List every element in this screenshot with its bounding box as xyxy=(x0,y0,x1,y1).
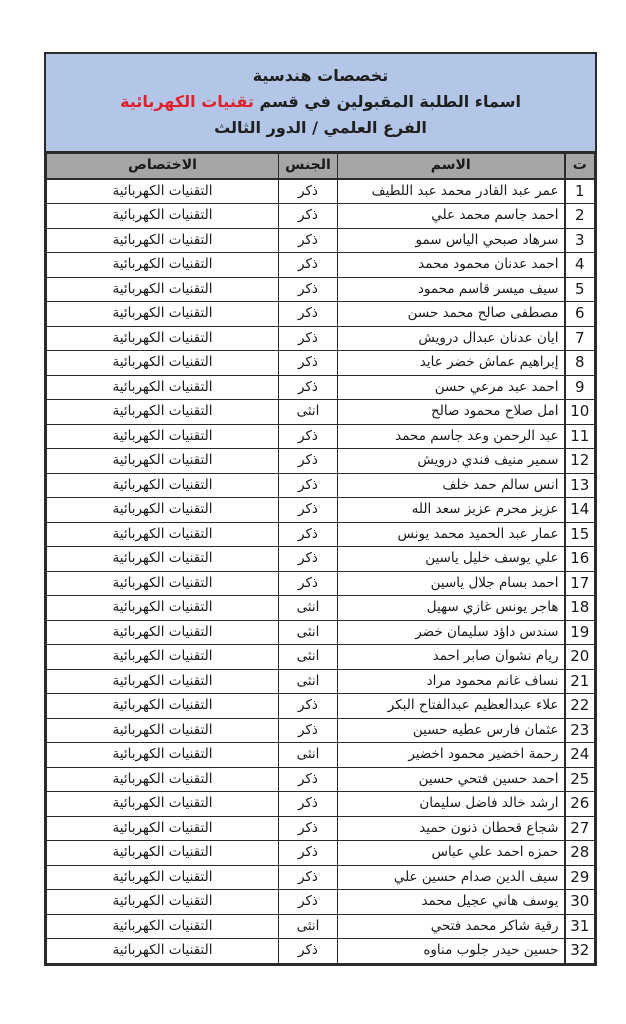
table-row: 28حمزه احمد علي عباسذكرالتقنيات الكهربائ… xyxy=(47,841,595,866)
student-gender: انثى xyxy=(279,645,338,670)
student-name: احمد حسين فتحي حسين xyxy=(338,767,565,792)
student-name: يوسف هاني عجيل محمد xyxy=(338,890,565,915)
row-number: 17 xyxy=(565,571,595,596)
student-specialization: التقنيات الكهربائية xyxy=(47,767,279,792)
student-gender: ذكر xyxy=(279,571,338,596)
student-gender: ذكر xyxy=(279,326,338,351)
row-number: 22 xyxy=(565,694,595,719)
table-row: 19سندس داؤد سليمان خضرانثىالتقنيات الكهر… xyxy=(47,620,595,645)
student-specialization: التقنيات الكهربائية xyxy=(47,204,279,229)
table-row: 11عبد الرحمن وعد جاسم محمدذكرالتقنيات ال… xyxy=(47,424,595,449)
student-gender: ذكر xyxy=(279,449,338,474)
student-gender: ذكر xyxy=(279,351,338,376)
student-gender: ذكر xyxy=(279,841,338,866)
column-header-number: ت xyxy=(565,154,595,179)
row-number: 14 xyxy=(565,498,595,523)
student-gender: ذكر xyxy=(279,767,338,792)
column-header-name: الاسم xyxy=(338,154,565,179)
student-name: علاء عبدالعظيم عبدالفتاح البكر xyxy=(338,694,565,719)
student-specialization: التقنيات الكهربائية xyxy=(47,694,279,719)
student-name: احمد جاسم محمد علي xyxy=(338,204,565,229)
student-name: هاجر يونس غازي سهيل xyxy=(338,596,565,621)
table-row: 20ريام نشوان صابر احمدانثىالتقنيات الكهر… xyxy=(47,645,595,670)
table-row: 6مصطفى صالح محمد حسنذكرالتقنيات الكهربائ… xyxy=(47,302,595,327)
row-number: 6 xyxy=(565,302,595,327)
student-name: ارشد خالد فاضل سليمان xyxy=(338,792,565,817)
student-name: ريام نشوان صابر احمد xyxy=(338,645,565,670)
student-name: رقية شاكر محمد فتحي xyxy=(338,914,565,939)
student-specialization: التقنيات الكهربائية xyxy=(47,792,279,817)
row-number: 18 xyxy=(565,596,595,621)
student-specialization: التقنيات الكهربائية xyxy=(47,620,279,645)
student-specialization: التقنيات الكهربائية xyxy=(47,228,279,253)
student-gender: ذكر xyxy=(279,865,338,890)
student-name: سيف ميسر قاسم محمود xyxy=(338,277,565,302)
row-number: 25 xyxy=(565,767,595,792)
student-name: عمار عبد الحميد محمد يونس xyxy=(338,522,565,547)
row-number: 8 xyxy=(565,351,595,376)
title-line-2: اسماء الطلبة المقبولين في قسم تقنيات الك… xyxy=(46,89,595,115)
student-name: سيف الدين صدام حسين علي xyxy=(338,865,565,890)
table-row: 5سيف ميسر قاسم محمودذكرالتقنيات الكهربائ… xyxy=(47,277,595,302)
table-row: 2احمد جاسم محمد عليذكرالتقنيات الكهربائي… xyxy=(47,204,595,229)
table-row: 30يوسف هاني عجيل محمدذكرالتقنيات الكهربا… xyxy=(47,890,595,915)
student-name: حسين حيدر جلوب مناوه xyxy=(338,939,565,964)
student-specialization: التقنيات الكهربائية xyxy=(47,400,279,425)
student-specialization: التقنيات الكهربائية xyxy=(47,351,279,376)
row-number: 12 xyxy=(565,449,595,474)
row-number: 31 xyxy=(565,914,595,939)
table-row: 32حسين حيدر جلوب مناوهذكرالتقنيات الكهرب… xyxy=(47,939,595,964)
student-name: مصطفى صالح محمد حسن xyxy=(338,302,565,327)
row-number: 19 xyxy=(565,620,595,645)
row-number: 27 xyxy=(565,816,595,841)
student-specialization: التقنيات الكهربائية xyxy=(47,939,279,964)
row-number: 3 xyxy=(565,228,595,253)
student-specialization: التقنيات الكهربائية xyxy=(47,718,279,743)
student-name: احمد عدنان محمود محمد xyxy=(338,253,565,278)
table-row: 27شجاع قحطان ذنون حميدذكرالتقنيات الكهرب… xyxy=(47,816,595,841)
table-row: 18هاجر يونس غازي سهيلانثىالتقنيات الكهرب… xyxy=(47,596,595,621)
student-specialization: التقنيات الكهربائية xyxy=(47,473,279,498)
row-number: 20 xyxy=(565,645,595,670)
student-gender: ذكر xyxy=(279,547,338,572)
student-name: علي يوسف خليل ياسين xyxy=(338,547,565,572)
student-gender: ذكر xyxy=(279,718,338,743)
student-specialization: التقنيات الكهربائية xyxy=(47,424,279,449)
student-specialization: التقنيات الكهربائية xyxy=(47,571,279,596)
row-number: 2 xyxy=(565,204,595,229)
student-specialization: التقنيات الكهربائية xyxy=(47,890,279,915)
student-gender: ذكر xyxy=(279,277,338,302)
student-gender: ذكر xyxy=(279,890,338,915)
row-number: 5 xyxy=(565,277,595,302)
row-number: 11 xyxy=(565,424,595,449)
table-row: 17احمد بسام جلال ياسينذكرالتقنيات الكهرب… xyxy=(47,571,595,596)
student-specialization: التقنيات الكهربائية xyxy=(47,841,279,866)
admission-list-sheet: تخصصات هندسية اسماء الطلبة المقبولين في … xyxy=(44,52,597,966)
table-row: 16علي يوسف خليل ياسينذكرالتقنيات الكهربا… xyxy=(47,547,595,572)
table-header-row: ت الاسم الجنس الاختصاص xyxy=(47,154,595,179)
student-name: احمد بسام جلال ياسين xyxy=(338,571,565,596)
student-gender: انثى xyxy=(279,596,338,621)
table-row: 3سرهاد صبحي الياس سموذكرالتقنيات الكهربا… xyxy=(47,228,595,253)
table-row: 14عزيز محرم عزيز سعد اللهذكرالتقنيات الك… xyxy=(47,498,595,523)
student-name: عمر عبد القادر محمد عبد اللطيف xyxy=(338,179,565,204)
student-specialization: التقنيات الكهربائية xyxy=(47,816,279,841)
student-gender: ذكر xyxy=(279,522,338,547)
table-row: 31رقية شاكر محمد فتحيانثىالتقنيات الكهرب… xyxy=(47,914,595,939)
row-number: 26 xyxy=(565,792,595,817)
student-name: شجاع قحطان ذنون حميد xyxy=(338,816,565,841)
student-gender: انثى xyxy=(279,914,338,939)
row-number: 24 xyxy=(565,743,595,768)
student-gender: ذكر xyxy=(279,228,338,253)
student-gender: ذكر xyxy=(279,424,338,449)
student-specialization: التقنيات الكهربائية xyxy=(47,277,279,302)
student-name: حمزه احمد علي عباس xyxy=(338,841,565,866)
title-line-2-prefix: اسماء الطلبة المقبولين في قسم xyxy=(254,92,521,111)
student-gender: ذكر xyxy=(279,204,338,229)
student-gender: انثى xyxy=(279,620,338,645)
student-specialization: التقنيات الكهربائية xyxy=(47,645,279,670)
table-row: 25احمد حسين فتحي حسينذكرالتقنيات الكهربا… xyxy=(47,767,595,792)
table-row: 7ايان عدنان عبدال درويشذكرالتقنيات الكهر… xyxy=(47,326,595,351)
student-gender: ذكر xyxy=(279,498,338,523)
student-name: احمد عبد مرعي حسن xyxy=(338,375,565,400)
student-gender: ذكر xyxy=(279,473,338,498)
column-header-gender: الجنس xyxy=(279,154,338,179)
student-name: رحمة اخضير محمود اخضير xyxy=(338,743,565,768)
student-name: سندس داؤد سليمان خضر xyxy=(338,620,565,645)
row-number: 9 xyxy=(565,375,595,400)
row-number: 4 xyxy=(565,253,595,278)
student-name: عثمان فارس عطيه حسين xyxy=(338,718,565,743)
title-line-1: تخصصات هندسية xyxy=(46,63,595,89)
student-gender: انثى xyxy=(279,669,338,694)
row-number: 10 xyxy=(565,400,595,425)
row-number: 28 xyxy=(565,841,595,866)
student-gender: ذكر xyxy=(279,792,338,817)
title-line-3: الفرع العلمي / الدور الثالث xyxy=(46,115,595,141)
row-number: 29 xyxy=(565,865,595,890)
student-gender: ذكر xyxy=(279,939,338,964)
student-name: سرهاد صبحي الياس سمو xyxy=(338,228,565,253)
student-specialization: التقنيات الكهربائية xyxy=(47,865,279,890)
table-row: 22علاء عبدالعظيم عبدالفتاح البكرذكرالتقن… xyxy=(47,694,595,719)
row-number: 13 xyxy=(565,473,595,498)
column-header-specialization: الاختصاص xyxy=(47,154,279,179)
student-specialization: التقنيات الكهربائية xyxy=(47,547,279,572)
student-specialization: التقنيات الكهربائية xyxy=(47,596,279,621)
row-number: 30 xyxy=(565,890,595,915)
student-name: إبراهيم عماش خضر عايد xyxy=(338,351,565,376)
table-row: 29سيف الدين صدام حسين عليذكرالتقنيات الك… xyxy=(47,865,595,890)
student-gender: ذكر xyxy=(279,179,338,204)
student-gender: ذكر xyxy=(279,694,338,719)
student-specialization: التقنيات الكهربائية xyxy=(47,375,279,400)
student-name: سمير منيف فندي درويش xyxy=(338,449,565,474)
student-specialization: التقنيات الكهربائية xyxy=(47,743,279,768)
student-specialization: التقنيات الكهربائية xyxy=(47,669,279,694)
table-row: 10امل صلاح محمود صالحانثىالتقنيات الكهرب… xyxy=(47,400,595,425)
table-row: 12سمير منيف فندي درويشذكرالتقنيات الكهرب… xyxy=(47,449,595,474)
row-number: 21 xyxy=(565,669,595,694)
student-name: امل صلاح محمود صالح xyxy=(338,400,565,425)
student-gender: ذكر xyxy=(279,375,338,400)
row-number: 32 xyxy=(565,939,595,964)
student-gender: ذكر xyxy=(279,302,338,327)
row-number: 16 xyxy=(565,547,595,572)
student-specialization: التقنيات الكهربائية xyxy=(47,253,279,278)
row-number: 7 xyxy=(565,326,595,351)
student-specialization: التقنيات الكهربائية xyxy=(47,498,279,523)
student-specialization: التقنيات الكهربائية xyxy=(47,914,279,939)
student-gender: ذكر xyxy=(279,816,338,841)
table-row: 26ارشد خالد فاضل سليمانذكرالتقنيات الكهر… xyxy=(47,792,595,817)
table-row: 4احمد عدنان محمود محمدذكرالتقنيات الكهرب… xyxy=(47,253,595,278)
table-row: 9احمد عبد مرعي حسنذكرالتقنيات الكهربائية xyxy=(47,375,595,400)
department-highlight: تقنيات الكهربائية xyxy=(120,92,254,111)
student-specialization: التقنيات الكهربائية xyxy=(47,302,279,327)
table-body: 1عمر عبد القادر محمد عبد اللطيفذكرالتقني… xyxy=(47,179,595,964)
student-name: عزيز محرم عزيز سعد الله xyxy=(338,498,565,523)
title-block: تخصصات هندسية اسماء الطلبة المقبولين في … xyxy=(46,54,595,153)
student-name: عبد الرحمن وعد جاسم محمد xyxy=(338,424,565,449)
table-row: 24رحمة اخضير محمود اخضيرانثىالتقنيات الك… xyxy=(47,743,595,768)
row-number: 1 xyxy=(565,179,595,204)
student-gender: انثى xyxy=(279,743,338,768)
student-gender: انثى xyxy=(279,400,338,425)
student-specialization: التقنيات الكهربائية xyxy=(47,449,279,474)
row-number: 15 xyxy=(565,522,595,547)
student-specialization: التقنيات الكهربائية xyxy=(47,522,279,547)
student-name: نساف غانم محمود مراد xyxy=(338,669,565,694)
table-row: 15عمار عبد الحميد محمد يونسذكرالتقنيات ا… xyxy=(47,522,595,547)
student-specialization: التقنيات الكهربائية xyxy=(47,326,279,351)
students-table: ت الاسم الجنس الاختصاص 1عمر عبد القادر م… xyxy=(46,153,595,964)
student-specialization: التقنيات الكهربائية xyxy=(47,179,279,204)
row-number: 23 xyxy=(565,718,595,743)
student-name: انس سالم حمد خلف xyxy=(338,473,565,498)
student-name: ايان عدنان عبدال درويش xyxy=(338,326,565,351)
table-row: 21نساف غانم محمود مرادانثىالتقنيات الكهر… xyxy=(47,669,595,694)
table-row: 23عثمان فارس عطيه حسينذكرالتقنيات الكهرب… xyxy=(47,718,595,743)
table-row: 8إبراهيم عماش خضر عايدذكرالتقنيات الكهرب… xyxy=(47,351,595,376)
table-row: 13انس سالم حمد خلفذكرالتقنيات الكهربائية xyxy=(47,473,595,498)
table-row: 1عمر عبد القادر محمد عبد اللطيفذكرالتقني… xyxy=(47,179,595,204)
student-gender: ذكر xyxy=(279,253,338,278)
